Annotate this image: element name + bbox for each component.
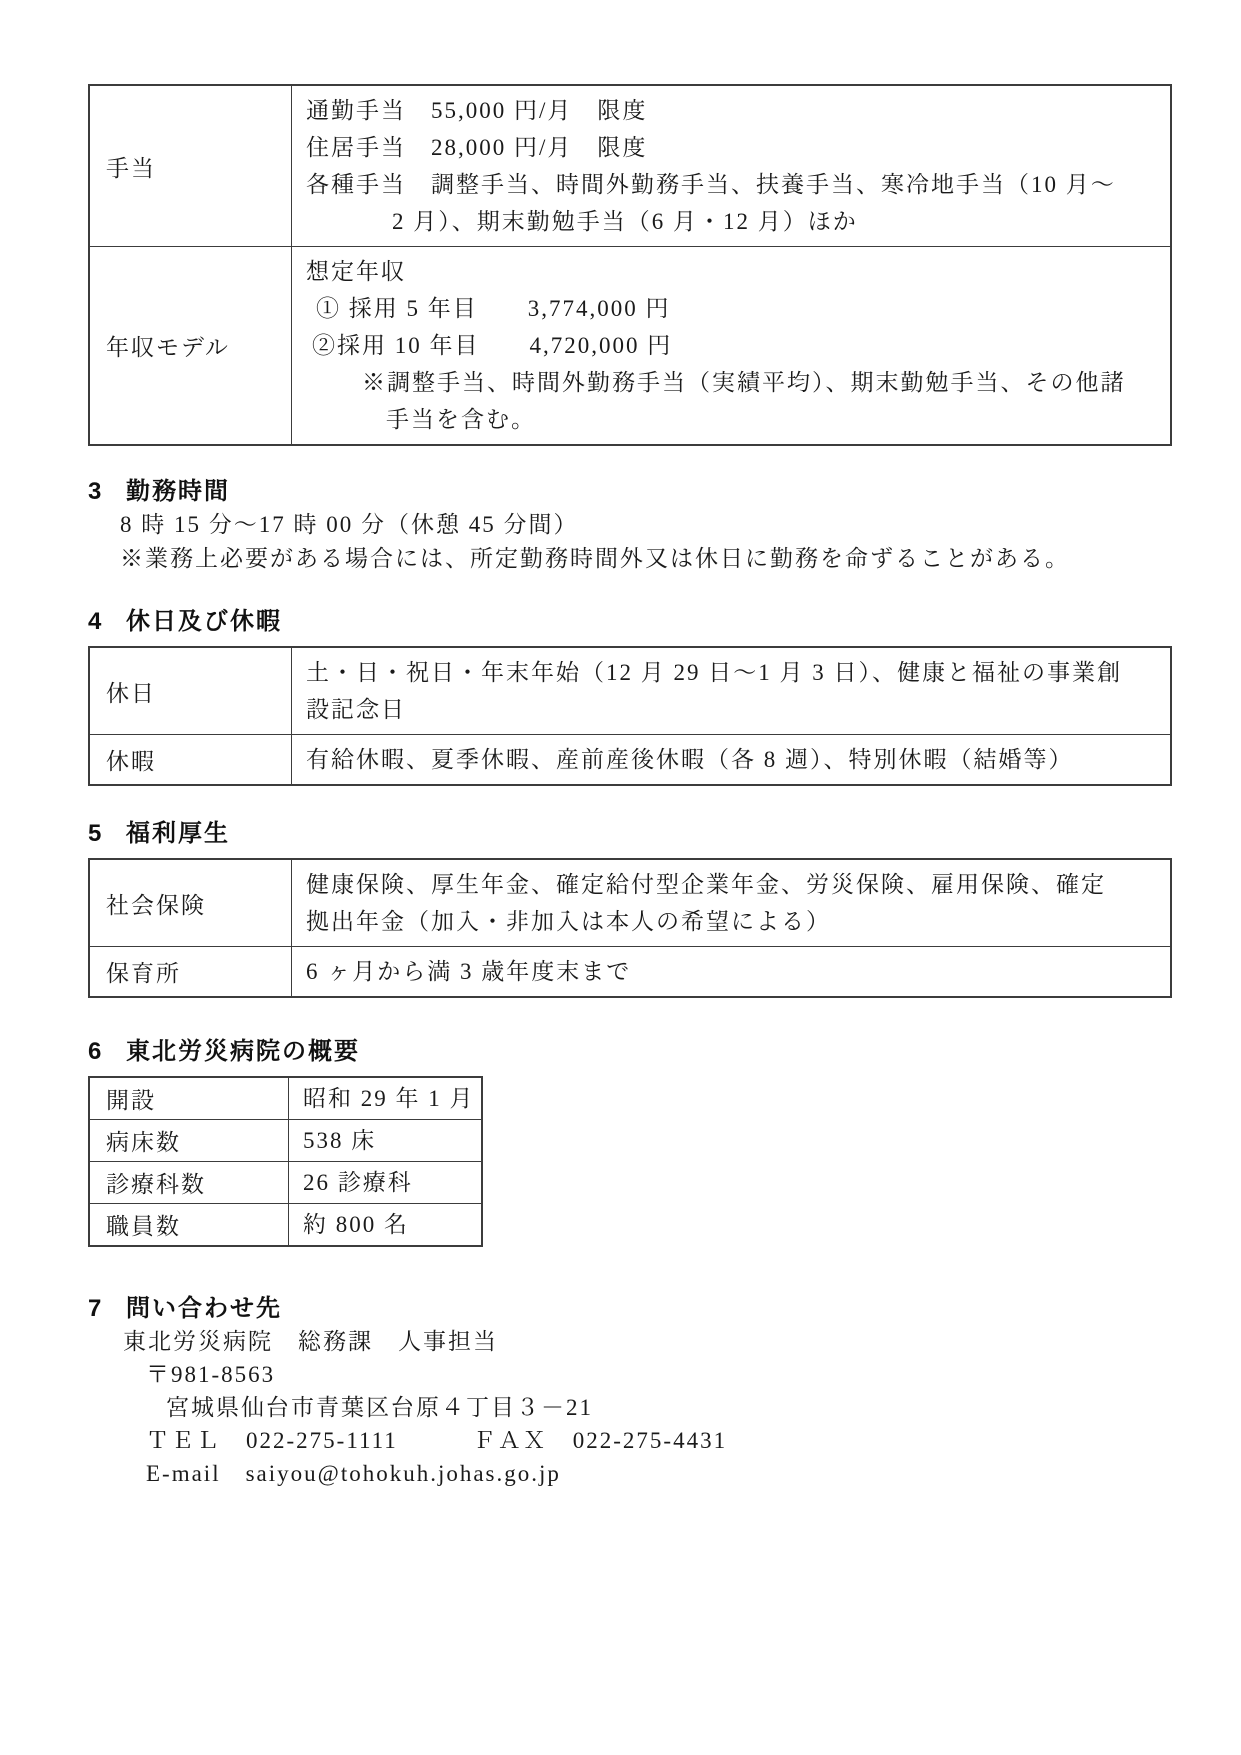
income-line-year5: ① 採用 5 年目 3,774,000 円	[306, 290, 1160, 327]
vacation-line: 有給休暇、夏季休暇、産前産後休暇（各 8 週）、特別休暇（結婚等）	[306, 741, 1160, 778]
section-heading-holiday: 4休日及び休暇	[88, 606, 1172, 638]
section-number: 4	[88, 606, 126, 638]
nursery-line: 6 ヶ月から満 3 歳年度末まで	[306, 953, 1160, 990]
income-line-year10: ②採用 10 年目 4,720,000 円	[306, 327, 1160, 364]
section-overview: 6東北労災病院の概要 開設 昭和 29 年 1 月 病床数 538 床 診療科数…	[88, 1036, 1172, 1247]
row-content-vacation: 有給休暇、夏季休暇、産前産後休暇（各 8 週）、特別休暇（結婚等）	[292, 735, 1172, 786]
work-hours-line: 8 時 15 分～17 時 00 分（休憩 45 分間）	[88, 508, 1172, 542]
overview-table: 開設 昭和 29 年 1 月 病床数 538 床 診療科数 26 診療科 職員数	[88, 1076, 483, 1247]
allowance-line-housing: 住居手当 28,000 円/月 限度	[306, 129, 1160, 166]
work-hours-note: ※業務上必要がある場合には、所定勤務時間外又は休日に勤務を命ずることがある。	[88, 542, 1172, 576]
allowance-line-various: 各種手当 調整手当、時間外勤務手当、扶養手当、寒冷地手当（10 月～	[306, 166, 1160, 203]
row-content-social-insurance: 健康保険、厚生年金、確定給付型企業年金、労災保険、雇用保険、確定 拠出年金（加入…	[292, 859, 1172, 947]
income-line-note: ※調整手当、時間外勤務手当（実績平均）、期末勤勉手当、その他諸	[306, 364, 1160, 401]
table-row-social-insurance: 社会保険 健康保険、厚生年金、確定給付型企業年金、労災保険、雇用保険、確定 拠出…	[89, 859, 1171, 947]
staff-value: 約 800 名	[303, 1210, 471, 1240]
row-content-income-model: 想定年収 ① 採用 5 年目 3,774,000 円 ②採用 10 年目 4,7…	[292, 247, 1172, 446]
table-row-teate: 手当 通勤手当 55,000 円/月 限度 住居手当 28,000 円/月 限度…	[89, 85, 1171, 247]
welfare-table: 社会保険 健康保険、厚生年金、確定給付型企業年金、労災保険、雇用保険、確定 拠出…	[88, 858, 1172, 998]
contact-tel-fax: ＴＥＬ 022-275-1111 ＦＡＸ 022-275-4431	[88, 1424, 1172, 1457]
holiday-line-1: 土・日・祝日・年末年始（12 月 29 日～1 月 3 日）、健康と福祉の事業創	[306, 654, 1160, 691]
contact-department: 東北労災病院 総務課 人事担当	[88, 1325, 1172, 1358]
row-value-departments: 26 診療科	[289, 1162, 483, 1204]
section-heading-work-hours: 3勤務時間	[88, 476, 1172, 508]
row-content-teate: 通勤手当 55,000 円/月 限度 住居手当 28,000 円/月 限度 各種…	[292, 85, 1172, 247]
table-row-founded: 開設 昭和 29 年 1 月	[89, 1077, 482, 1120]
row-label-holiday: 休日	[89, 647, 292, 735]
section-welfare: 5福利厚生 社会保険 健康保険、厚生年金、確定給付型企業年金、労災保険、雇用保険…	[88, 818, 1172, 998]
row-label-departments: 診療科数	[89, 1162, 289, 1204]
allowance-line-various-cont: 2 月）、期末勤勉手当（6 月・12 月）ほか	[306, 203, 1160, 240]
row-content-nursery: 6 ヶ月から満 3 歳年度末まで	[292, 947, 1172, 998]
section-title: 休日及び休暇	[126, 608, 282, 635]
holiday-table: 休日 土・日・祝日・年末年始（12 月 29 日～1 月 3 日）、健康と福祉の…	[88, 646, 1172, 786]
table-row-beds: 病床数 538 床	[89, 1120, 482, 1162]
row-label-nursery: 保育所	[89, 947, 292, 998]
row-value-founded: 昭和 29 年 1 月	[289, 1077, 483, 1120]
section-title: 福利厚生	[126, 820, 230, 847]
allowance-line-commute: 通勤手当 55,000 円/月 限度	[306, 92, 1160, 129]
section-title: 問い合わせ先	[126, 1295, 282, 1322]
section-number: 3	[88, 476, 126, 508]
section-title: 東北労災病院の概要	[126, 1038, 360, 1065]
income-line-header: 想定年収	[306, 253, 1160, 290]
beds-value: 538 床	[303, 1126, 471, 1156]
row-label-teate: 手当	[89, 85, 292, 247]
contact-email: E-mail saiyou@tohokuh.johas.go.jp	[88, 1457, 1172, 1490]
row-value-beds: 538 床	[289, 1120, 483, 1162]
document-page: 手当 通勤手当 55,000 円/月 限度 住居手当 28,000 円/月 限度…	[0, 0, 1241, 1755]
section-contact: 7問い合わせ先 東北労災病院 総務課 人事担当 〒981-8563 宮城県仙台市…	[88, 1293, 1172, 1490]
departments-value: 26 診療科	[303, 1168, 471, 1198]
section-heading-contact: 7問い合わせ先	[88, 1293, 1172, 1325]
row-label-beds: 病床数	[89, 1120, 289, 1162]
row-label-staff: 職員数	[89, 1204, 289, 1247]
contact-address: 宮城県仙台市青葉区台原４丁目３－21	[88, 1391, 1172, 1424]
row-value-staff: 約 800 名	[289, 1204, 483, 1247]
social-insurance-line-1: 健康保険、厚生年金、確定給付型企業年金、労災保険、雇用保険、確定	[306, 866, 1160, 903]
row-label-social-insurance: 社会保険	[89, 859, 292, 947]
contact-postal-code: 〒981-8563	[88, 1358, 1172, 1391]
section-heading-welfare: 5福利厚生	[88, 818, 1172, 850]
table-row-departments: 診療科数 26 診療科	[89, 1162, 482, 1204]
section-heading-overview: 6東北労災病院の概要	[88, 1036, 1172, 1068]
holiday-line-2: 設記念日	[306, 691, 1160, 728]
row-label-income-model: 年収モデル	[89, 247, 292, 446]
table-row-nursery: 保育所 6 ヶ月から満 3 歳年度末まで	[89, 947, 1171, 998]
table-row-income-model: 年収モデル 想定年収 ① 採用 5 年目 3,774,000 円 ②採用 10 …	[89, 247, 1171, 446]
section-work-hours: 3勤務時間 8 時 15 分～17 時 00 分（休憩 45 分間） ※業務上必…	[88, 476, 1172, 576]
row-label-founded: 開設	[89, 1077, 289, 1120]
row-label-vacation: 休暇	[89, 735, 292, 786]
social-insurance-line-2: 拠出年金（加入・非加入は本人の希望による）	[306, 903, 1160, 940]
section-number: 7	[88, 1293, 126, 1325]
table-row-vacation: 休暇 有給休暇、夏季休暇、産前産後休暇（各 8 週）、特別休暇（結婚等）	[89, 735, 1171, 786]
founded-value: 昭和 29 年 1 月	[303, 1084, 471, 1114]
section-number: 6	[88, 1036, 126, 1068]
income-line-note-cont: 手当を含む。	[306, 401, 1160, 438]
table-row-staff: 職員数 約 800 名	[89, 1204, 482, 1247]
row-content-holiday: 土・日・祝日・年末年始（12 月 29 日～1 月 3 日）、健康と福祉の事業創…	[292, 647, 1172, 735]
allowance-income-table: 手当 通勤手当 55,000 円/月 限度 住居手当 28,000 円/月 限度…	[88, 84, 1172, 446]
section-number: 5	[88, 818, 126, 850]
section-title: 勤務時間	[126, 478, 230, 505]
section-holiday: 4休日及び休暇 休日 土・日・祝日・年末年始（12 月 29 日～1 月 3 日…	[88, 606, 1172, 786]
table-row-holiday: 休日 土・日・祝日・年末年始（12 月 29 日～1 月 3 日）、健康と福祉の…	[89, 647, 1171, 735]
